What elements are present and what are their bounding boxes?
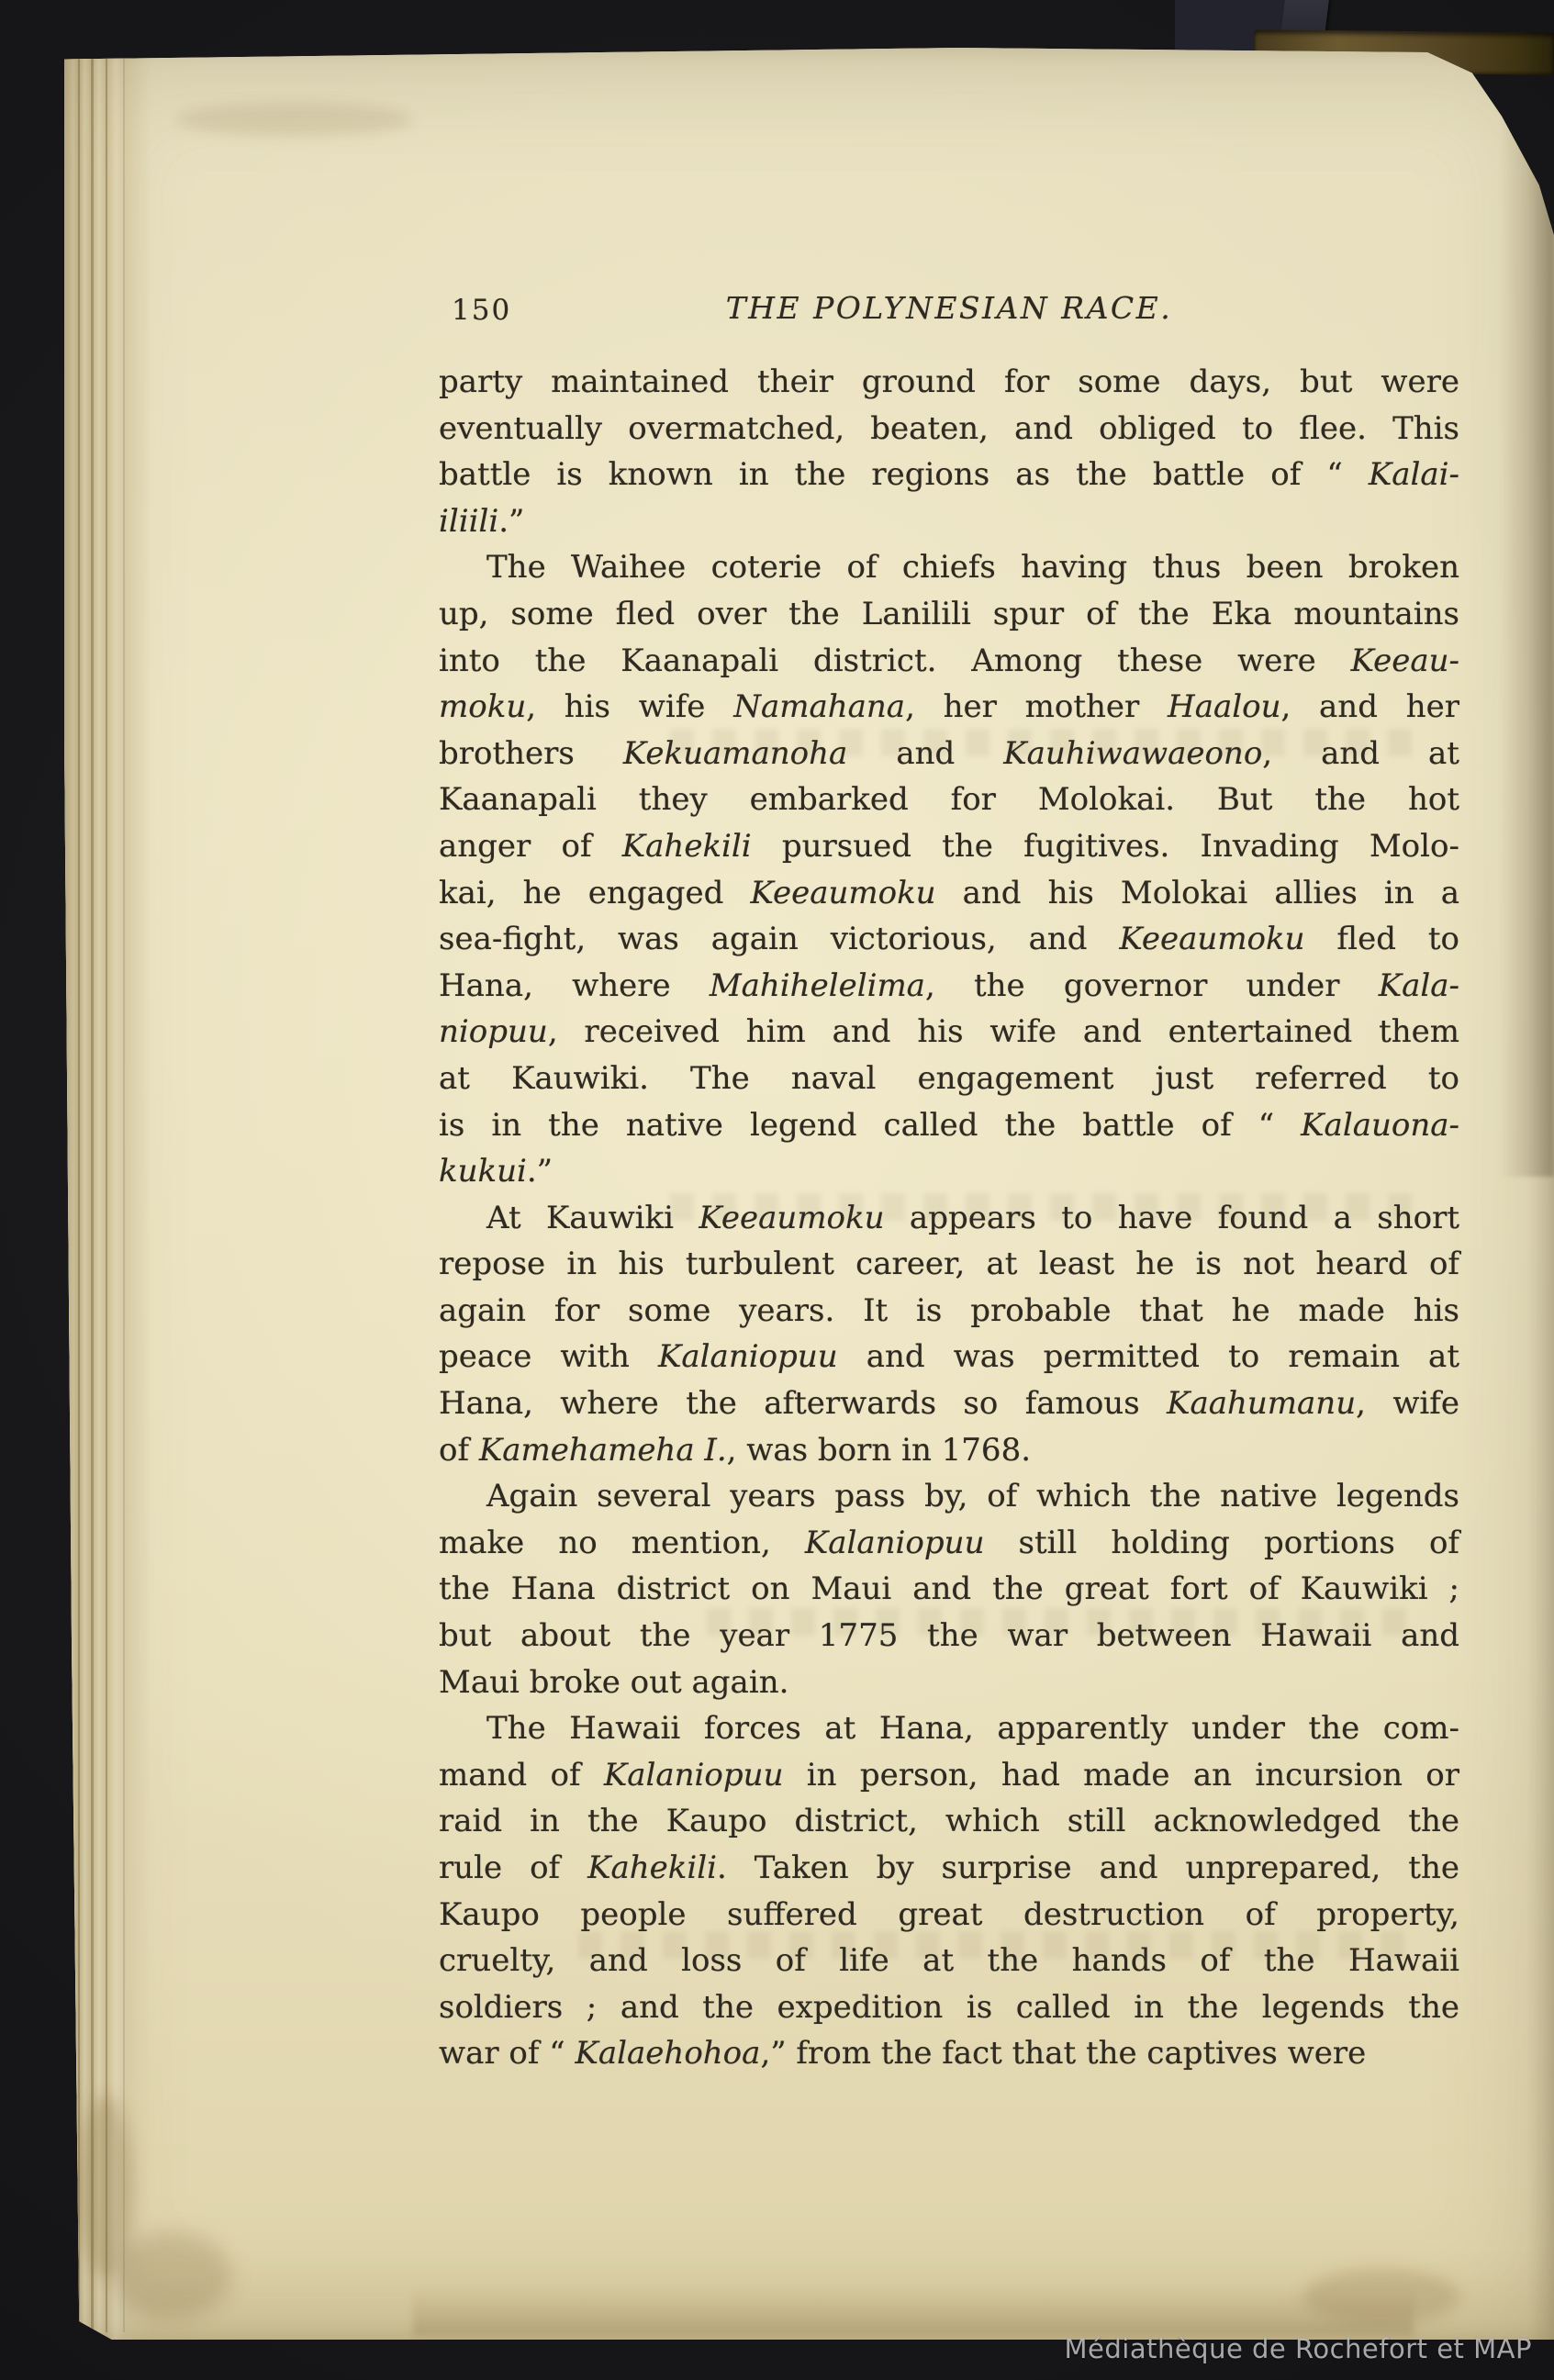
text-segment: , wife — [1356, 1385, 1459, 1422]
page-edge-line — [78, 53, 80, 2332]
text-block: 150 THE POLYNESIAN RACE. party maintaine… — [439, 286, 1459, 2077]
text-line: The Waihee coterie of chiefs having thus… — [439, 544, 1459, 591]
text-line: mand of Kalaniopuu in person, had made a… — [439, 1752, 1459, 1799]
page-stain — [413, 2285, 1414, 2336]
text-segment: pursued the fugitives. Invading Molo- — [752, 828, 1459, 865]
text-segment: and his Molokai allies in a — [936, 875, 1459, 911]
text-line: eventually overmatched, beaten, and obli… — [439, 406, 1459, 453]
text-segment: up, some fled over the Lanilili spur of … — [439, 596, 1459, 632]
text-line: again for some years. It is probable tha… — [439, 1288, 1459, 1335]
text-segment: of — [439, 1432, 479, 1469]
text-segment: brothers — [439, 735, 623, 772]
text-segment: Kaupo people suffered great destruction … — [439, 1896, 1459, 1933]
italic-text-segment: Kahekili — [587, 1849, 717, 1886]
text-line: Hana, where the afterwards so famous Kaa… — [439, 1380, 1459, 1427]
page-number: 150 — [452, 294, 511, 327]
text-line: at Kauwiki. The naval engagement just re… — [439, 1056, 1459, 1102]
page-stain — [112, 2232, 231, 2319]
page-edge-line — [123, 53, 125, 2332]
text-line: into the Kaanapali district. Among these… — [439, 638, 1459, 685]
italic-text-segment: Kahekili — [622, 828, 752, 865]
text-segment: sea-fight, was again victorious, and — [439, 921, 1119, 957]
italic-text-segment: Kalai- — [1369, 456, 1459, 493]
text-segment: again for some years. It is probable tha… — [439, 1292, 1459, 1329]
text-line: cruelty, and loss of life at the hands o… — [439, 1938, 1459, 1984]
text-segment: , and her — [1280, 688, 1459, 725]
italic-text-segment: kukui — [439, 1153, 527, 1190]
page-stain — [77, 2095, 132, 2278]
text-segment: but about the year 1775 the war between … — [439, 1617, 1459, 1654]
text-line: the Hana district on Maui and the great … — [439, 1566, 1459, 1613]
running-title: THE POLYNESIAN RACE. — [439, 286, 1459, 326]
page-edge-line — [106, 53, 107, 2332]
text-line: Again several years pass by, of which th… — [439, 1473, 1459, 1520]
text-line: niopuu, received him and his wife and en… — [439, 1009, 1459, 1056]
text-line: soldiers ; and the expedition is called … — [439, 1984, 1459, 2031]
page-right-shading — [1526, 48, 1554, 2340]
text-segment: The Hawaii forces at Hana, apparently un… — [486, 1710, 1459, 1747]
text-line: moku, his wife Namahana, her mother Haal… — [439, 684, 1459, 731]
text-segment: anger of — [439, 828, 622, 865]
text-segment: still holding portions of — [984, 1525, 1459, 1561]
text-line: The Hawaii forces at Hana, apparently un… — [439, 1705, 1459, 1752]
text-segment: cruelty, and loss of life at the hands o… — [439, 1942, 1459, 1979]
text-segment: .” — [527, 1153, 553, 1190]
text-segment: into the Kaanapali district. Among these… — [439, 642, 1351, 679]
text-segment: soldiers ; and the expedition is called … — [439, 1989, 1459, 2026]
text-line: peace with Kalaniopuu and was permitted … — [439, 1334, 1459, 1380]
italic-text-segment: Keeaumoku — [1119, 921, 1304, 957]
text-segment: , his wife — [526, 688, 733, 725]
italic-text-segment: iliili — [439, 503, 498, 540]
page-edge-line — [91, 53, 94, 2332]
text-segment: battle is known in the regions as the ba… — [439, 456, 1369, 493]
text-line: is in the native legend called the battl… — [439, 1102, 1459, 1149]
text-line: party maintained their ground for some d… — [439, 359, 1459, 406]
page-stain — [1303, 2269, 1459, 2324]
text-line: raid in the Kaupo district, which still … — [439, 1798, 1459, 1845]
text-segment: , was born in 1768. — [727, 1432, 1031, 1469]
italic-text-segment: Haalou — [1168, 688, 1280, 725]
text-segment: , the governor under — [925, 967, 1379, 1004]
text-segment: and was permitted to remain at — [838, 1338, 1459, 1375]
text-segment: make no mention, — [439, 1525, 805, 1561]
text-line: iliili.” — [439, 498, 1459, 545]
text-segment: eventually overmatched, beaten, and obli… — [439, 410, 1459, 447]
italic-text-segment: Keeaumoku — [699, 1200, 884, 1236]
text-line: Kaupo people suffered great destruction … — [439, 1892, 1459, 1939]
italic-text-segment: Kalaniopuu — [604, 1757, 784, 1793]
italic-text-segment: moku — [439, 688, 526, 725]
italic-text-segment: Kekuamanoha — [623, 735, 847, 772]
text-line: repose in his turbulent career, at least… — [439, 1241, 1459, 1288]
text-segment: appears to have found a short — [885, 1200, 1459, 1236]
text-segment: ,” from the fact that the captives were — [760, 2035, 1366, 2072]
book-page: 150 THE POLYNESIAN RACE. party maintaine… — [64, 48, 1554, 2340]
text-segment: peace with — [439, 1338, 658, 1375]
text-segment: At Kauwiki — [486, 1200, 699, 1236]
text-segment: The Waihee coterie of chiefs having thus… — [486, 549, 1459, 586]
text-segment: , received him and his wife and entertai… — [548, 1013, 1459, 1050]
page-header: 150 THE POLYNESIAN RACE. — [439, 286, 1459, 334]
text-segment: kai, he engaged — [439, 875, 750, 911]
text-segment: and — [847, 735, 1003, 772]
text-line: anger of Kahekili pursued the fugitives.… — [439, 823, 1459, 870]
italic-text-segment: Keeau- — [1351, 642, 1459, 679]
italic-text-segment: Kalaehohoa — [575, 2035, 760, 2072]
text-segment: war of “ — [439, 2035, 575, 2072]
text-line: battle is known in the regions as the ba… — [439, 452, 1459, 498]
stacked-page-edges — [64, 48, 151, 2340]
text-line: Maui broke out again. — [439, 1659, 1459, 1706]
text-line: but about the year 1775 the war between … — [439, 1613, 1459, 1659]
text-segment: Maui broke out again. — [439, 1664, 788, 1701]
text-segment: Hana, where the afterwards so famous — [439, 1385, 1167, 1422]
text-line: war of “ Kalaehohoa,” from the fact that… — [439, 2030, 1459, 2077]
text-line: brothers Kekuamanoha and Kauhiwawaeono, … — [439, 731, 1459, 777]
text-line: At Kauwiki Keeaumoku appears to have fou… — [439, 1195, 1459, 1242]
text-segment: rule of — [439, 1849, 587, 1886]
text-segment: party maintained their ground for some d… — [439, 363, 1459, 400]
watermark-text: Médiathèque de Rochefort et MAP — [1064, 2333, 1532, 2364]
text-line: make no mention, Kalaniopuu still holdin… — [439, 1520, 1459, 1567]
text-segment: the Hana district on Maui and the great … — [439, 1570, 1459, 1607]
italic-text-segment: Kauhiwawaeono — [1003, 735, 1262, 772]
text-segment: . Taken by surprise and unprepared, the — [717, 1849, 1459, 1886]
text-segment: Again several years pass by, of which th… — [486, 1478, 1459, 1514]
text-segment: is in the native legend called the battl… — [439, 1107, 1301, 1144]
body-text: party maintained their ground for some d… — [439, 359, 1459, 2077]
italic-text-segment: Kaahumanu — [1167, 1385, 1356, 1422]
italic-text-segment: niopuu — [439, 1013, 548, 1050]
text-line: up, some fled over the Lanilili spur of … — [439, 591, 1459, 638]
italic-text-segment: Kala- — [1379, 967, 1459, 1004]
text-segment: Hana, where — [439, 967, 710, 1004]
text-line: kai, he engaged Keeaumoku and his Moloka… — [439, 870, 1459, 917]
text-segment: in person, had made an incursion or — [783, 1757, 1459, 1793]
text-segment: .” — [498, 503, 524, 540]
text-segment: mand of — [439, 1757, 604, 1793]
text-segment: raid in the Kaupo district, which still … — [439, 1803, 1459, 1839]
italic-text-segment: Keeaumoku — [750, 875, 935, 911]
text-line: Hana, where Mahihelelima, the governor u… — [439, 963, 1459, 1010]
italic-text-segment: Mahihelelima — [710, 967, 925, 1004]
text-segment: at Kauwiki. The naval engagement just re… — [439, 1060, 1459, 1097]
text-segment: repose in his turbulent career, at least… — [439, 1246, 1459, 1282]
text-line: kukui.” — [439, 1148, 1459, 1195]
italic-text-segment: Kalaniopuu — [805, 1525, 985, 1561]
text-line: rule of Kahekili. Taken by surprise and … — [439, 1845, 1459, 1892]
italic-text-segment: Kalauona- — [1301, 1107, 1459, 1144]
italic-text-segment: Namahana — [733, 688, 905, 725]
text-line: of Kamehameha I., was born in 1768. — [439, 1427, 1459, 1474]
text-segment: , her mother — [905, 688, 1168, 725]
text-line: Kaanapali they embarked for Molokai. But… — [439, 777, 1459, 823]
italic-text-segment: Kalaniopuu — [658, 1338, 838, 1375]
text-segment: Kaanapali they embarked for Molokai. But… — [439, 781, 1459, 818]
text-line: sea-fight, was again victorious, and Kee… — [439, 916, 1459, 963]
page-stain — [174, 103, 413, 136]
italic-text-segment: Kamehameha I. — [479, 1432, 727, 1469]
text-segment: , and at — [1262, 735, 1459, 772]
page-curl-shadow — [1501, 57, 1554, 1177]
book-scan-photo: 150 THE POLYNESIAN RACE. party maintaine… — [0, 0, 1554, 2380]
text-segment: fled to — [1305, 921, 1459, 957]
